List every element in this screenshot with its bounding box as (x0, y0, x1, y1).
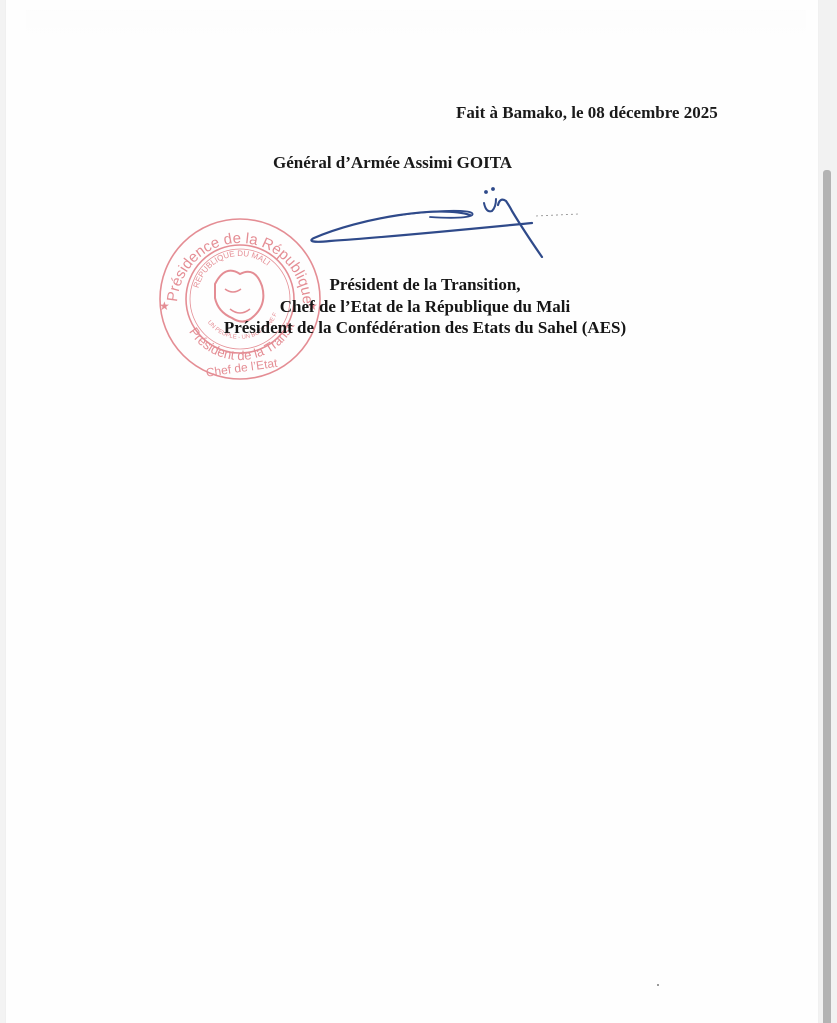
handwritten-signature-icon (300, 183, 590, 258)
title-line-transition: Président de la Transition, (180, 274, 670, 296)
signatory-titles: Président de la Transition, Chef de l’Et… (180, 274, 670, 339)
date-place-line: Fait à Bamako, le 08 décembre 2025 (456, 103, 718, 123)
signatory-name: Général d’Armée Assimi GOITA (273, 153, 512, 173)
scan-speck (657, 984, 659, 986)
document-viewer: Fait à Bamako, le 08 décembre 2025 Génér… (0, 0, 837, 1023)
faded-header-remnant (26, 10, 806, 50)
title-line-head-of-state: Chef de l’Etat de la République du Mali (180, 296, 670, 318)
svg-text:★: ★ (159, 299, 170, 313)
title-line-aes-president: Président de la Confédération des Etats … (180, 317, 670, 339)
vertical-scrollbar-thumb[interactable] (823, 170, 831, 1023)
